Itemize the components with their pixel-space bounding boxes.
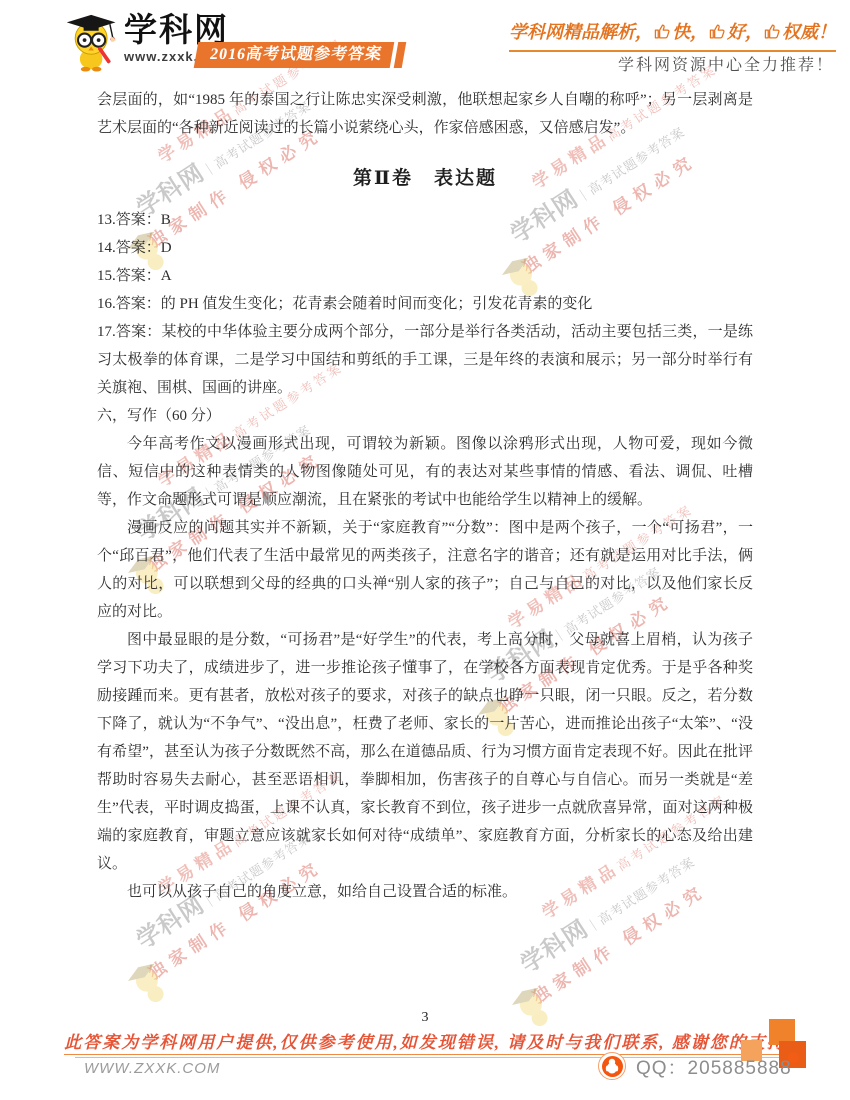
exam-answer-banner: 2016高考试题参考答案 xyxy=(196,42,404,68)
answer-14: 14.答案：D xyxy=(97,234,753,262)
qq-number: QQ：205885888 xyxy=(636,1053,792,1080)
banner-tip-decoration xyxy=(394,42,407,68)
qq-penguin-icon xyxy=(598,1052,626,1080)
section-title: 第Ⅱ卷 表达题 xyxy=(97,164,753,194)
footer-qq-contact: QQ：205885888 xyxy=(598,1052,792,1080)
essay-paragraph: 也可以从孩子自己的角度立意，如给自己设置合适的标准。 xyxy=(97,878,753,906)
essay-paragraph: 图中最显眼的是分数，“可扬君”是“好学生”的代表，考上高分时，父母就喜上眉梢，认… xyxy=(97,626,753,878)
page-number: 3 xyxy=(0,1010,850,1026)
thumb-up-icon xyxy=(764,23,781,40)
answer-16: 16.答案：的 PH 值发生变化；花青素会随着时间而变化；引发花青素的变化 xyxy=(97,290,753,318)
paragraph-continuation: 会层面的，如“1985 年的泰国之行让陈忠实深受刺激，他联想起家乡人自嘲的称呼”… xyxy=(97,86,753,142)
document-body: 会层面的，如“1985 年的泰国之行让陈忠实深受刺激，他联想起家乡人自嘲的称呼”… xyxy=(97,86,753,906)
slogan-authority: 权威！ xyxy=(782,22,836,42)
owl-mascot-watermark-icon xyxy=(120,955,178,1014)
banner-label: 2016高考试题参考答案 xyxy=(194,42,395,68)
essay-section-heading: 六，写作（60 分） xyxy=(97,402,753,430)
footer-site-url: WWW.ZXXK.COM xyxy=(84,1060,220,1077)
thumb-up-icon xyxy=(654,23,671,40)
answer-15: 15.答案：A xyxy=(97,262,753,290)
owl-graduate-mascot-icon xyxy=(64,12,122,72)
thumb-up-icon xyxy=(709,23,726,40)
header-sub-slogan: 学科网资源中心全力推荐！ xyxy=(618,52,834,75)
page-header: 学科网 www.zxxk.com 2016高考试题参考答案 学科网精品解析，快，… xyxy=(0,0,850,86)
essay-paragraph: 今年高考作文以漫画形式出现，可谓较为新颖。图像以涂鸦形式出现，人物可爱，现如今微… xyxy=(97,430,753,514)
answer-13: 13.答案：B xyxy=(97,206,753,234)
slogan-fast: 快， xyxy=(672,22,708,42)
answer-17: 17.答案：某校的中华体验主要分成两个部分，一部分是举行各类活动，活动主要包括三… xyxy=(97,318,753,402)
header-slogan: 学科网精品解析，快，好，权威！ xyxy=(509,18,836,52)
slogan-good: 好， xyxy=(727,22,763,42)
footer-disclaimer: 此答案为学科网用户提供,仅供参考使用,如发现错误, 请及时与我们联系, 感谢您的… xyxy=(0,1028,850,1053)
slogan-prefix: 学科网精品解析， xyxy=(509,22,653,42)
essay-paragraph: 漫画反应的问题其实并不新颖，关于“家庭教育”“分数”：图中是两个孩子，一个“可扬… xyxy=(97,514,753,626)
